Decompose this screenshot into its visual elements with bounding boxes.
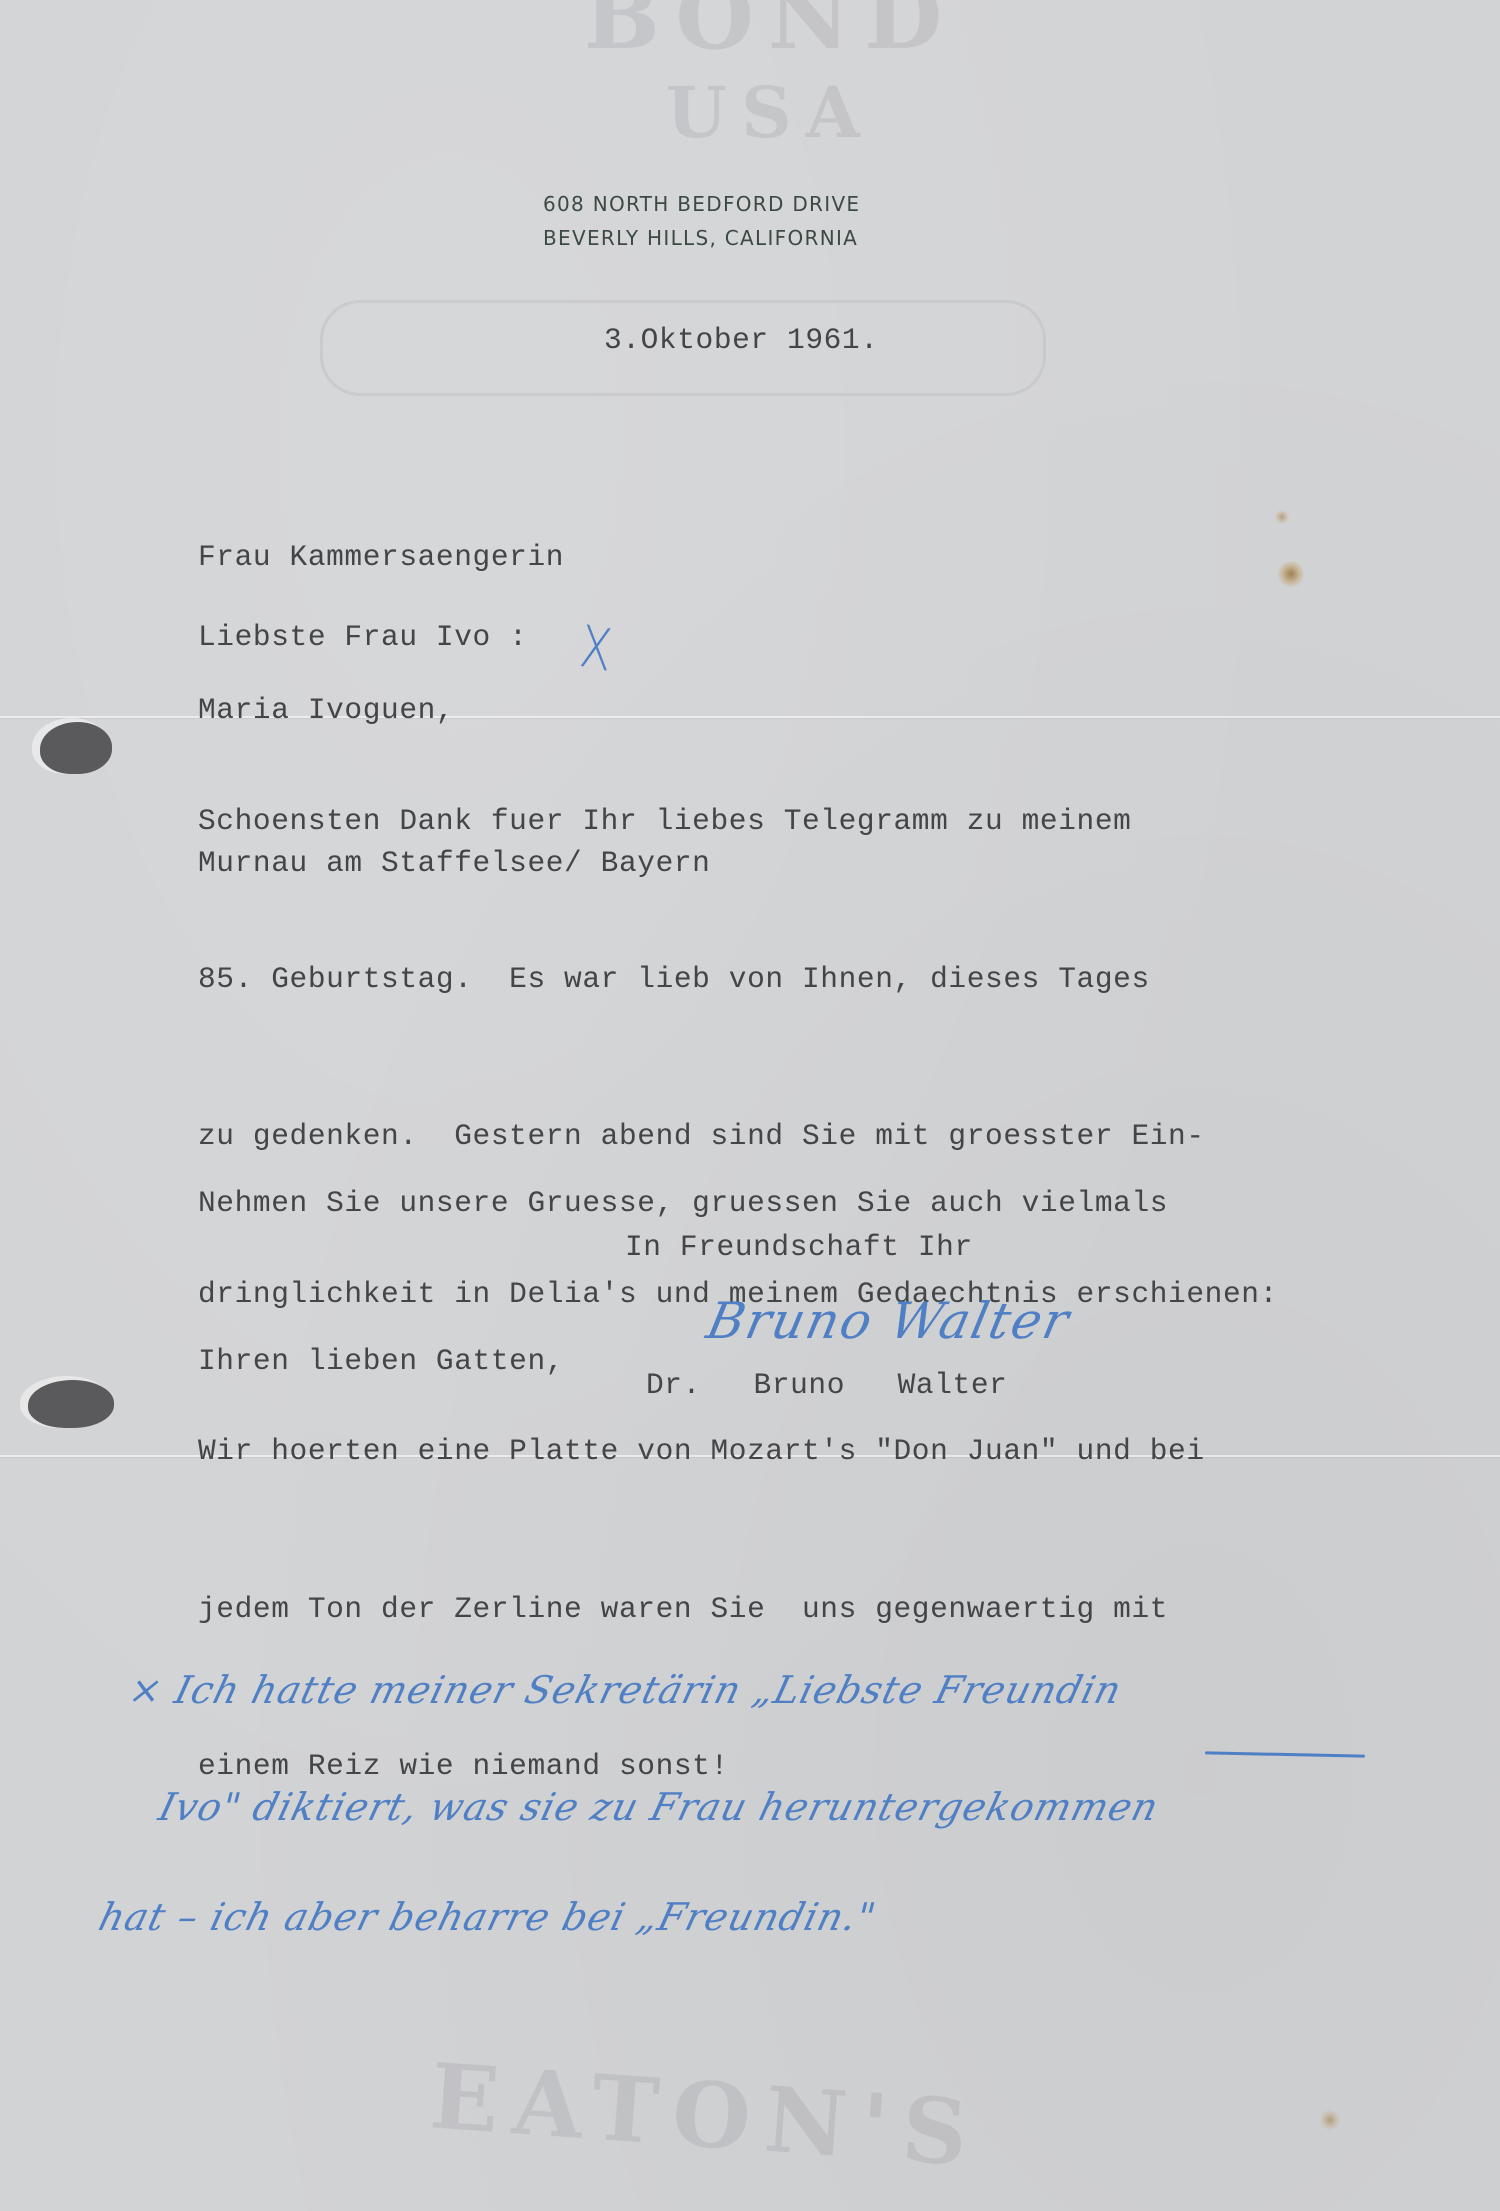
body-line: 85. Geburtstag. Es war lieb von Ihnen, d… <box>198 953 1278 1006</box>
handwritten-note-line: hat – ich aber beharre bei „Freundin." <box>95 1895 881 1939</box>
typed-signer-name: Dr. Bruno Walter <box>646 1368 1007 1402</box>
letter-paper: BOND USA EATON'S 608 NORTH BEDFORD DRIVE… <box>0 0 1500 2211</box>
letterhead-line1: 608 NORTH BEDFORD DRIVE <box>543 187 860 221</box>
letter-date: 3.Oktober 1961. <box>604 323 879 357</box>
closing-paragraph: Nehmen Sie unsere Gruesse, gruessen Sie … <box>198 1072 1168 1492</box>
letterhead-line2: BEVERLY HILLS, CALIFORNIA <box>543 221 860 255</box>
punch-hole <box>40 722 112 774</box>
punch-hole <box>28 1380 114 1428</box>
watermark-bottom: EATON'S <box>427 2043 913 2182</box>
watermark-top-line1: BOND <box>560 0 980 65</box>
paper-stain <box>1278 561 1304 587</box>
body-line: Schoensten Dank fuer Ihr liebes Telegram… <box>198 795 1278 848</box>
watermark-bottom-line1: EATON'S <box>427 2043 913 2182</box>
salutation: Liebste Frau Ivo : <box>198 620 527 654</box>
closing-paragraph-line: Nehmen Sie unsere Gruesse, gruessen Sie … <box>198 1177 1168 1230</box>
watermark-top-line2: USA <box>560 65 980 160</box>
watermark-top: BOND USA <box>560 0 980 160</box>
complimentary-close: In Freundschaft Ihr <box>625 1230 973 1264</box>
body-line: jedem Ton der Zerline waren Sie uns gege… <box>198 1583 1278 1636</box>
handwritten-note-line: × Ich hatte meiner Sekretärin „Liebste F… <box>125 1668 1127 1712</box>
recipient-line1: Frau Kammersaengerin <box>198 532 710 583</box>
paper-stain <box>1275 510 1289 524</box>
paper-stain <box>1320 2110 1340 2130</box>
letterhead-address: 608 NORTH BEDFORD DRIVE BEVERLY HILLS, C… <box>543 187 860 255</box>
handwritten-signature: Bruno Walter <box>702 1292 1076 1350</box>
handwritten-note-line: Ivo" diktiert, was sie zu Frau herunterg… <box>155 1785 1164 1829</box>
